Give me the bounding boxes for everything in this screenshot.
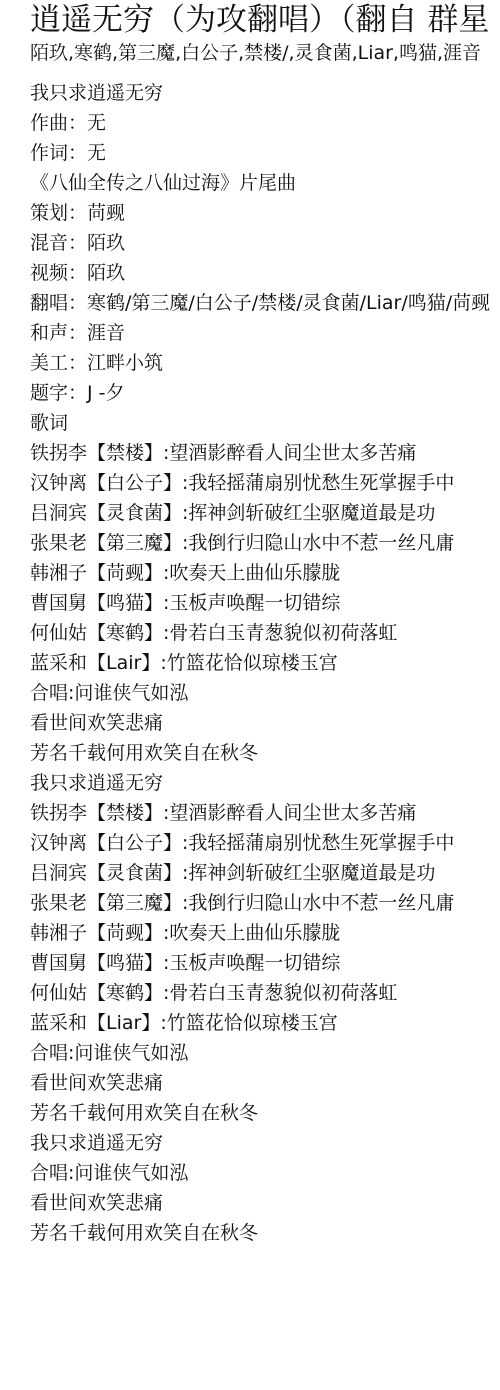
lyric-line: 汉钟离【白公子】:我轻摇蒲扇别忧愁生死掌握手中 bbox=[30, 828, 500, 858]
lyric-line: 汉钟离【白公子】:我轻摇蒲扇别忧愁生死掌握手中 bbox=[30, 468, 500, 498]
lyric-line: 张果老【第三魔】:我倒行归隐山水中不惹一丝凡庸 bbox=[30, 888, 500, 918]
lyric-line: 铁拐李【禁楼】:望酒影醉看人间尘世太多苦痛 bbox=[30, 798, 500, 828]
artist-list: 陌玖,寒鹤,第三魔,白公子,禁楼/,灵食菌,Liar,鸣猫,涯音 bbox=[30, 40, 481, 66]
lyric-line: 吕洞宾【灵食菌】:挥神剑斩破红尘驱魔道最是功 bbox=[30, 498, 500, 528]
lyric-line: 策划：苘觋 bbox=[30, 198, 500, 228]
lyric-line: 看世间欢笑悲痛 bbox=[30, 708, 500, 738]
lyric-line: 混音：陌玖 bbox=[30, 228, 500, 258]
lyric-line: 《八仙全传之八仙过海》片尾曲 bbox=[30, 168, 500, 198]
lyric-line: 作词：无 bbox=[30, 138, 500, 168]
lyric-line: 铁拐李【禁楼】:望酒影醉看人间尘世太多苦痛 bbox=[30, 438, 500, 468]
lyric-line: 看世间欢笑悲痛 bbox=[30, 1068, 500, 1098]
lyric-line: 韩湘子【苘觋】:吹奏天上曲仙乐朦胧 bbox=[30, 558, 500, 588]
lyric-line: 合唱:问谁侠气如泓 bbox=[30, 1158, 500, 1188]
lyric-line: 何仙姑【寒鹤】:骨若白玉青葱貌似初荷落虹 bbox=[30, 618, 500, 648]
lyric-line: 作曲：无 bbox=[30, 108, 500, 138]
lyric-line: 蓝采和【Lair】:竹篮花恰似琼楼玉宫 bbox=[30, 648, 500, 678]
lyric-line: 吕洞宾【灵食菌】:挥神剑斩破红尘驱魔道最是功 bbox=[30, 858, 500, 888]
lyric-line: 视频：陌玖 bbox=[30, 258, 500, 288]
lyric-line: 芳名千载何用欢笑自在秋冬 bbox=[30, 1218, 500, 1248]
lyric-line: 我只求逍遥无穷 bbox=[30, 768, 500, 798]
lyric-line: 歌词 bbox=[30, 408, 500, 438]
lyric-line: 芳名千载何用欢笑自在秋冬 bbox=[30, 738, 500, 768]
lyric-line: 合唱:问谁侠气如泓 bbox=[30, 678, 500, 708]
lyric-line: 张果老【第三魔】:我倒行归隐山水中不惹一丝凡庸 bbox=[30, 528, 500, 558]
lyric-line: 题字：J -夕 bbox=[30, 378, 500, 408]
lyric-line: 美工：江畔小筑 bbox=[30, 348, 500, 378]
lyric-line: 我只求逍遥无穷 bbox=[30, 1128, 500, 1158]
lyric-line: 翻唱：寒鹤/第三魔/白公子/禁楼/灵食菌/Liar/鸣猫/苘觋 bbox=[30, 288, 500, 318]
lyrics-list: 我只求逍遥无穷 作曲：无 作词：无《八仙全传之八仙过海》片尾曲策划：苘觋混音：陌… bbox=[30, 78, 500, 1248]
lyric-line: 和声：涯音 bbox=[30, 318, 500, 348]
lyric-line: 合唱:问谁侠气如泓 bbox=[30, 1038, 500, 1068]
lyric-line: 曹国舅【鸣猫】:玉板声唤醒一切错综 bbox=[30, 948, 500, 978]
lyric-line: 韩湘子【苘觋】:吹奏天上曲仙乐朦胧 bbox=[30, 918, 500, 948]
lyric-line: 曹国舅【鸣猫】:玉板声唤醒一切错综 bbox=[30, 588, 500, 618]
song-title: 逍遥无穷（为攻翻唱）（翻自 群星 bbox=[30, 0, 489, 40]
lyric-line: 何仙姑【寒鹤】:骨若白玉青葱貌似初荷落虹 bbox=[30, 978, 500, 1008]
lyric-line: 蓝采和【Liar】:竹篮花恰似琼楼玉宫 bbox=[30, 1008, 500, 1038]
lyric-line: 我只求逍遥无穷 bbox=[30, 78, 500, 108]
lyric-line: 芳名千载何用欢笑自在秋冬 bbox=[30, 1098, 500, 1128]
lyric-line: 看世间欢笑悲痛 bbox=[30, 1188, 500, 1218]
